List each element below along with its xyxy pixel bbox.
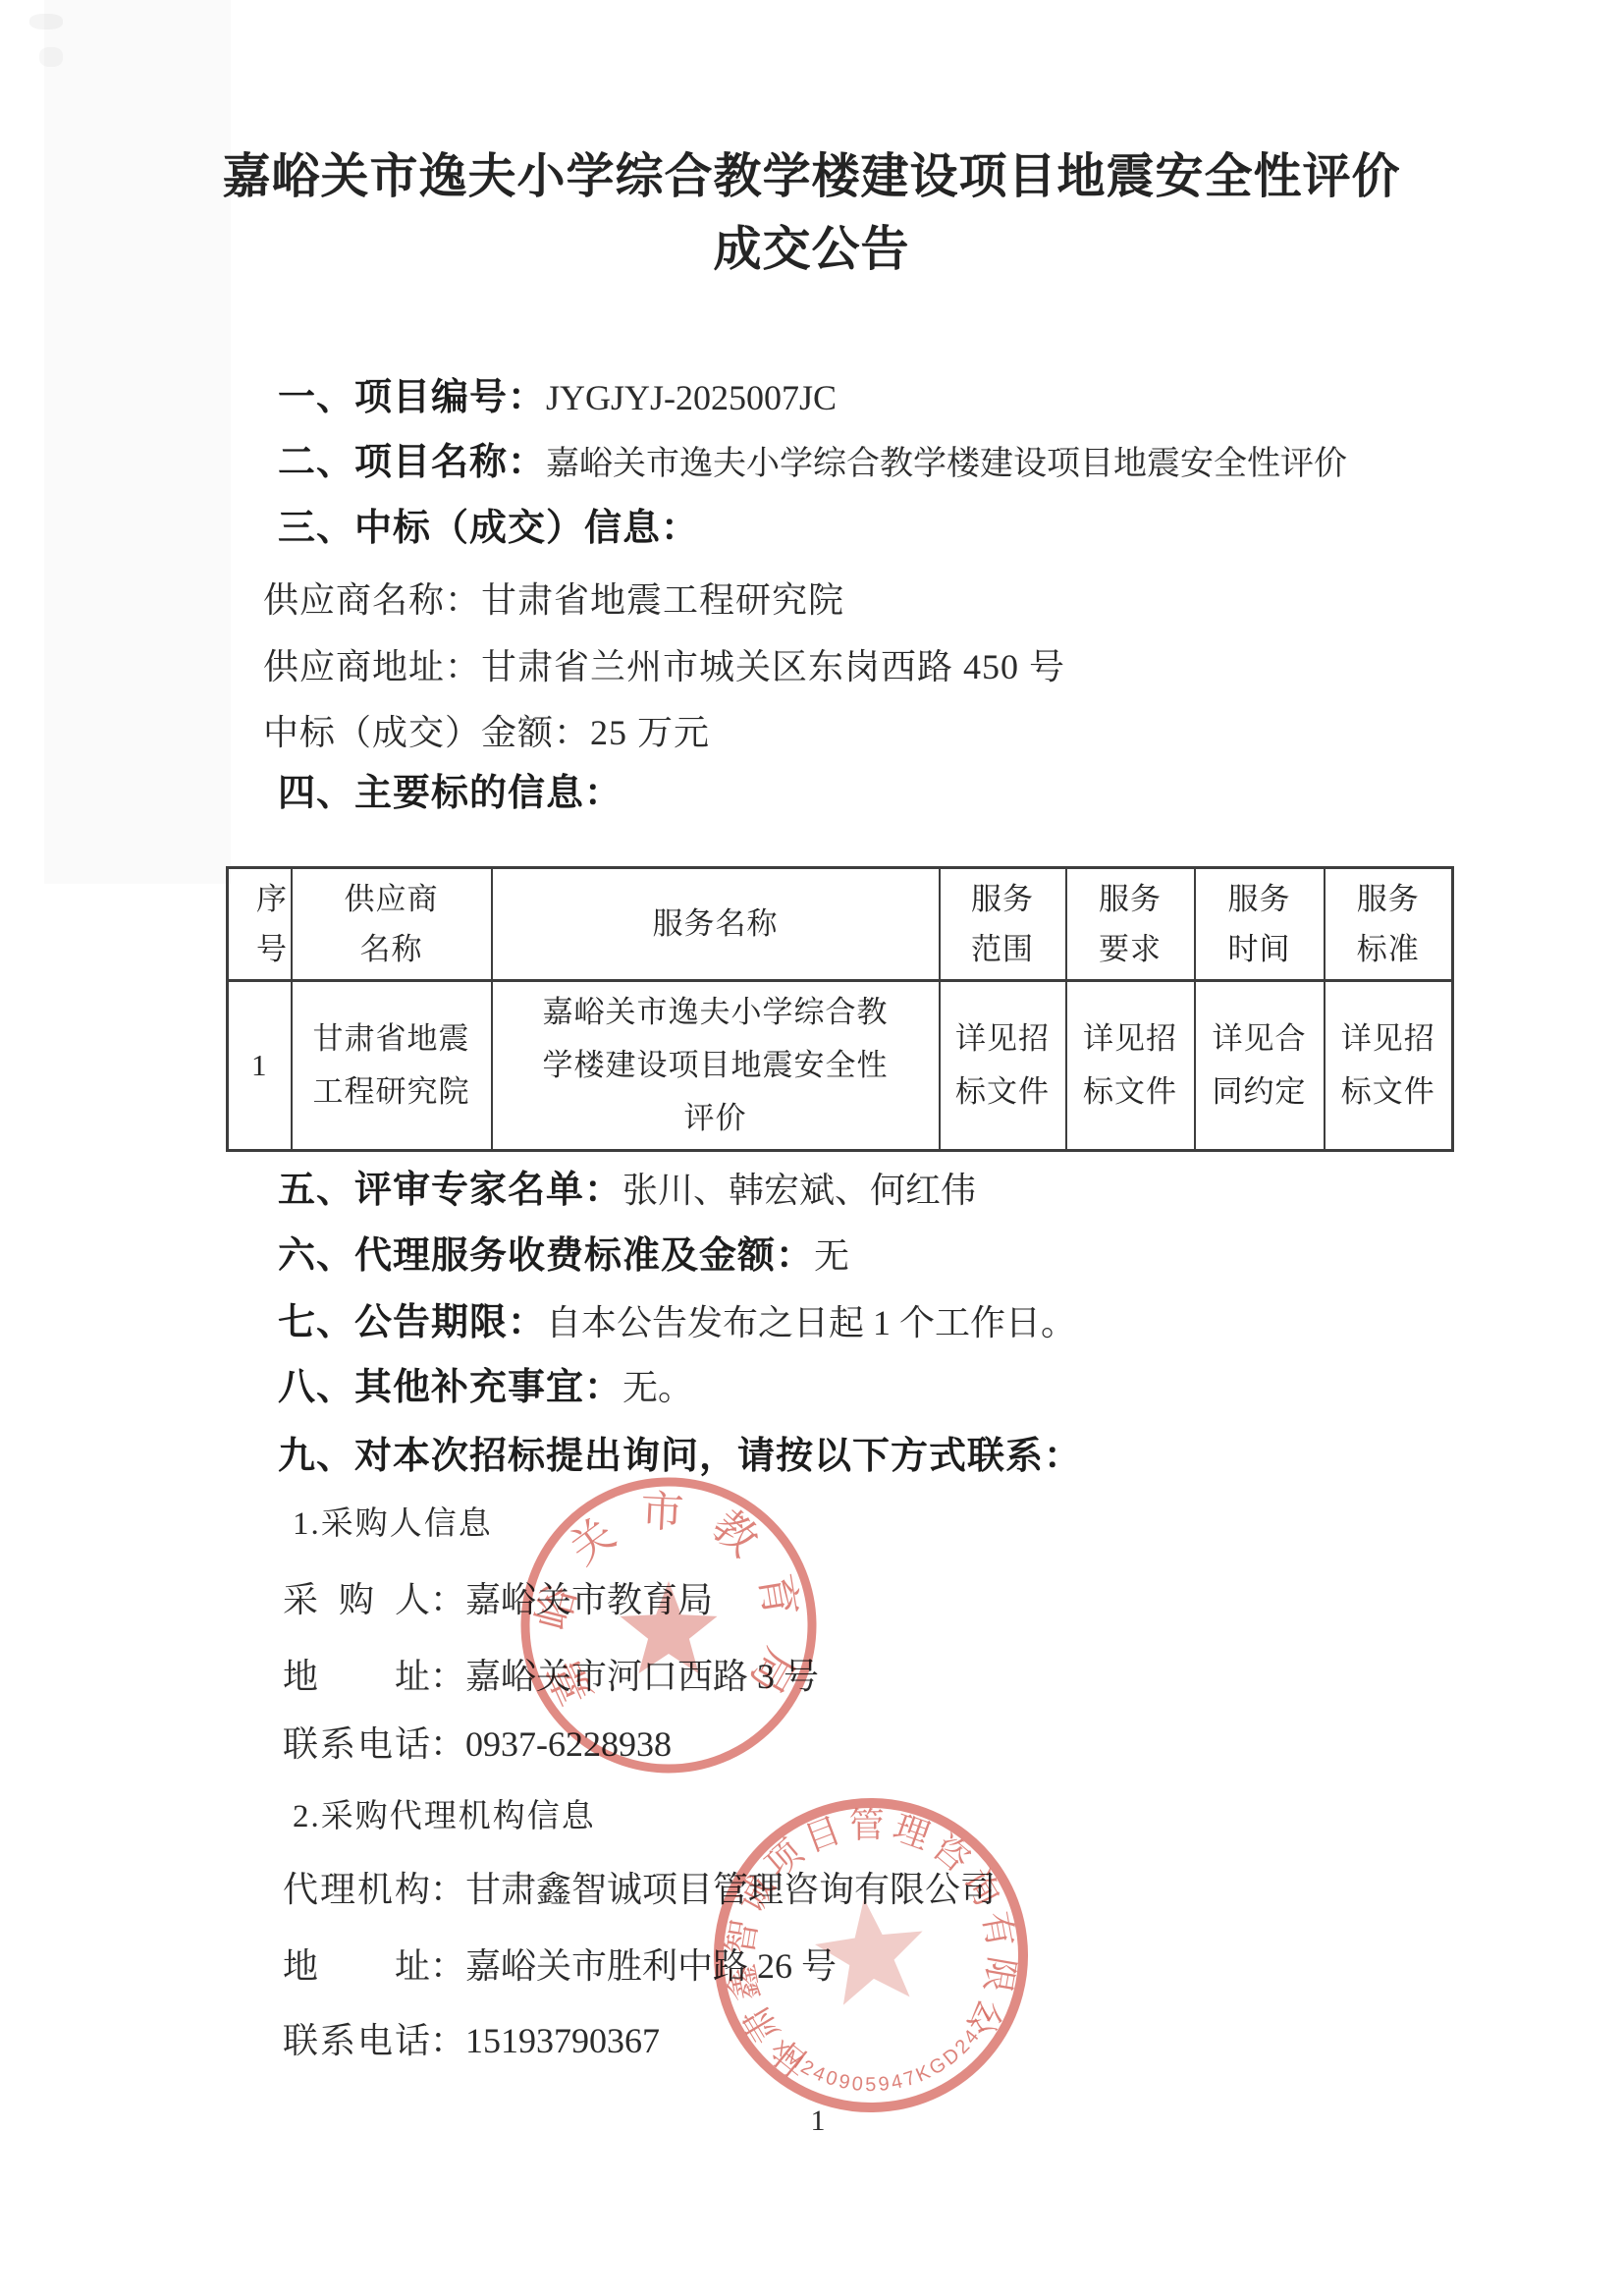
section-other-matters-label: 八、其他补充事宜： bbox=[278, 1367, 622, 1408]
document-title-line1: 嘉峪关市逸夫小学综合教学楼建设项目地震安全性评价 bbox=[0, 140, 1623, 213]
buyer-name-label: 采购人 bbox=[283, 1579, 430, 1621]
colon: ： bbox=[430, 1724, 465, 1764]
project-number-value: JYGJYJ-2025007JC bbox=[546, 378, 837, 417]
experts-value: 张川、韩宏斌、何红伟 bbox=[622, 1171, 976, 1210]
cell-service-requirement: 详见招标文件 bbox=[1066, 981, 1195, 1151]
scan-artifact bbox=[44, 0, 231, 884]
header-service-scope: 服务范围 bbox=[940, 868, 1066, 981]
other-matters-value: 无。 bbox=[622, 1368, 693, 1407]
supplier-address-line: 供应商地址：甘肃省兰州市城关区东岗西路 450 号 bbox=[263, 646, 1065, 688]
supplier-name-line: 供应商名称：甘肃省地震工程研究院 bbox=[263, 579, 844, 622]
awarded-items-table: 序号 供应商名称 服务名称 服务范围 服务要求 服务时间 服务标准 1 甘肃省地… bbox=[226, 866, 1454, 1152]
header-supplier-name: 供应商名称 bbox=[292, 868, 492, 981]
cell-seq: 1 bbox=[228, 981, 292, 1151]
section-award-info-label: 三、中标（成交）信息： bbox=[278, 508, 699, 549]
agency-address-label: 地址 bbox=[283, 1945, 430, 1988]
section-main-subject-label: 四、主要标的信息： bbox=[278, 773, 622, 814]
agency-name-label: 代理机构 bbox=[283, 1869, 430, 1911]
section-announcement-period-label: 七、公告期限： bbox=[278, 1302, 546, 1343]
section-project-number: 一、项目编号：JYGJYJ-2025007JC bbox=[278, 376, 837, 421]
award-amount-line: 中标（成交）金额：25 万元 bbox=[263, 712, 710, 754]
colon: ： bbox=[430, 2021, 465, 2060]
cell-supplier-name: 甘肃省地震工程研究院 bbox=[292, 981, 492, 1151]
section-experts-label: 五、评审专家名单： bbox=[278, 1170, 622, 1211]
section-agency-fee-label: 六、代理服务收费标准及金额： bbox=[278, 1235, 814, 1277]
project-name-value: 嘉峪关市逸夫小学综合教学楼建设项目地震安全性评价 bbox=[546, 446, 1347, 482]
table-header-row: 序号 供应商名称 服务名称 服务范围 服务要求 服务时间 服务标准 bbox=[228, 868, 1453, 981]
announcement-period-value: 自本公告发布之日起 1 个工作日。 bbox=[546, 1303, 1076, 1342]
header-service-standard: 服务标准 bbox=[1325, 868, 1453, 981]
colon: ： bbox=[430, 1946, 465, 1986]
section-project-name: 二、项目名称：嘉峪关市逸夫小学综合教学楼建设项目地震安全性评价 bbox=[278, 441, 1347, 486]
header-service-name: 服务名称 bbox=[492, 868, 940, 981]
cell-service-name: 嘉峪关市逸夫小学综合教学楼建设项目地震安全性评价 bbox=[492, 981, 940, 1151]
agency-phone-label: 联系电话 bbox=[283, 2020, 430, 2062]
table-row: 1 甘肃省地震工程研究院 嘉峪关市逸夫小学综合教学楼建设项目地震安全性评价 详见… bbox=[228, 981, 1453, 1151]
buyer-address-label: 地址 bbox=[283, 1656, 430, 1698]
header-service-requirement: 服务要求 bbox=[1066, 868, 1195, 981]
document-title-line2: 成交公告 bbox=[0, 213, 1623, 286]
buyer-official-seal: 嘉峪关市教育局 bbox=[516, 1473, 821, 1777]
cell-service-time: 详见合同约定 bbox=[1195, 981, 1325, 1151]
agency-phone-value: 15193790367 bbox=[465, 2021, 660, 2060]
agency-phone-line: 联系电话：15193790367 bbox=[283, 2020, 660, 2062]
document-title: 嘉峪关市逸夫小学综合教学楼建设项目地震安全性评价 成交公告 bbox=[0, 140, 1623, 286]
section-experts: 五、评审专家名单：张川、韩宏斌、何红伟 bbox=[278, 1169, 976, 1214]
star-icon bbox=[621, 1581, 718, 1673]
agency-info-heading: 2.采购代理机构信息 bbox=[293, 1798, 596, 1837]
section-main-subject: 四、主要标的信息： bbox=[278, 772, 622, 817]
header-seq: 序号 bbox=[228, 868, 292, 981]
agency-official-seal: 甘肃鑫智诚项目管理咨询有限公司 XM240905947KGD247Z bbox=[709, 1793, 1033, 2117]
header-service-time: 服务时间 bbox=[1195, 868, 1325, 981]
cell-service-scope: 详见招标文件 bbox=[940, 981, 1066, 1151]
section-contact-intro-label: 九、对本次招标提出询问，请按以下方式联系： bbox=[278, 1436, 1082, 1477]
star-icon bbox=[810, 1892, 930, 2008]
colon: ： bbox=[430, 1580, 465, 1619]
section-project-number-label: 一、项目编号： bbox=[278, 377, 546, 418]
buyer-info-heading: 1.采购人信息 bbox=[293, 1505, 493, 1545]
colon: ： bbox=[430, 1870, 465, 1909]
scanned-document-page: 嘉峪关市逸夫小学综合教学楼建设项目地震安全性评价 成交公告 一、项目编号：JYG… bbox=[0, 0, 1623, 2296]
section-agency-fee: 六、代理服务收费标准及金额：无 bbox=[278, 1234, 849, 1280]
page-number: 1 bbox=[803, 2105, 833, 2138]
agency-fee-value: 无 bbox=[814, 1236, 849, 1276]
cell-service-standard: 详见招标文件 bbox=[1325, 981, 1453, 1151]
buyer-phone-label: 联系电话 bbox=[283, 1723, 430, 1766]
section-award-info: 三、中标（成交）信息： bbox=[278, 507, 699, 552]
colon: ： bbox=[430, 1657, 465, 1696]
section-project-name-label: 二、项目名称： bbox=[278, 442, 546, 483]
section-other-matters: 八、其他补充事宜：无。 bbox=[278, 1366, 693, 1411]
section-announcement-period: 七、公告期限：自本公告发布之日起 1 个工作日。 bbox=[278, 1301, 1076, 1346]
